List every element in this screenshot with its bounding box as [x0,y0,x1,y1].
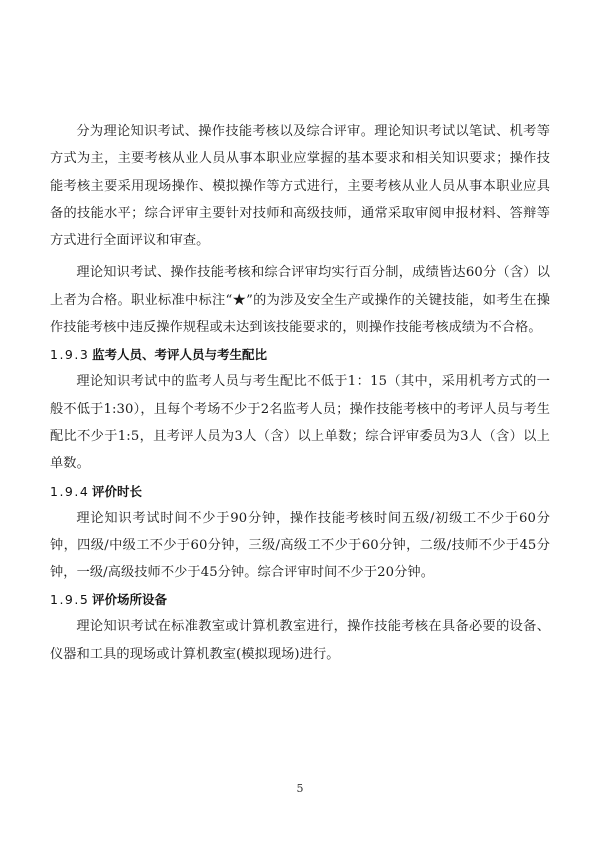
section-title: 评价场所设备 [92,592,167,607]
section-title: 监考人员、考评人员与考生配比 [92,347,267,362]
section-heading-duration: 1.9.4评价时长 [50,481,550,503]
page-number: 5 [0,782,600,795]
section-number: 1.9.3 [50,344,92,366]
page-content: 分为理论知识考试、操作技能考核以及综合评审。理论知识考试以笔试、机考等方式为主，… [50,118,550,668]
paragraph-assessment-methods: 分为理论知识考试、操作技能考核以及综合评审。理论知识考试以笔试、机考等方式为主，… [50,118,550,254]
section-heading-venue: 1.9.5评价场所设备 [50,589,550,611]
section-heading-ratio: 1.9.3监考人员、考评人员与考生配比 [50,344,550,366]
paragraph-venue: 理论知识考试在标准教室或计算机教室进行，操作技能考核在具备必要的设备、仪器和工具… [50,613,550,668]
section-title: 评价时长 [92,484,142,499]
section-number: 1.9.4 [50,481,92,503]
paragraph-duration: 理论知识考试时间不少于90分钟，操作技能考核时间五级/初级工不少于60分钟，四级… [50,505,550,587]
section-number: 1.9.5 [50,589,92,611]
paragraph-scoring: 理论知识考试、操作技能考核和综合评审均实行百分制，成绩皆达60分（含）以上者为合… [50,259,550,341]
paragraph-ratio: 理论知识考试中的监考人员与考生配比不低于1：15（其中，采用机考方式的一般不低于… [50,368,550,477]
document-page: 分为理论知识考试、操作技能考核以及综合评审。理论知识考试以笔试、机考等方式为主，… [0,0,600,848]
